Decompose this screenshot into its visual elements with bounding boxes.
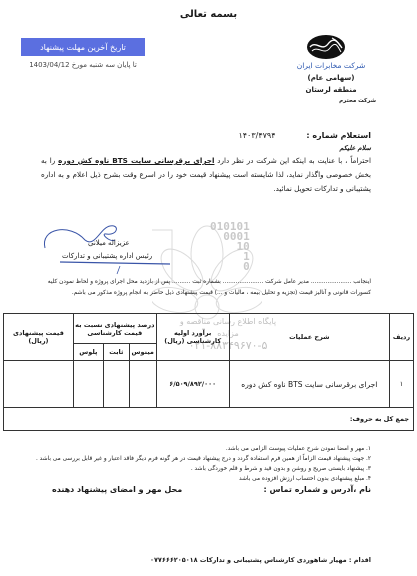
name-address-field: نام ،آدرس و شماره تماس :	[264, 485, 371, 494]
header-row-no: ردیف	[390, 314, 414, 361]
cell-fixed[interactable]	[103, 361, 129, 408]
greeting: سلام علیکم	[339, 144, 371, 152]
header-description: شرح عملیات	[229, 314, 389, 361]
cell-description: اجرای برقرسانی سایت BTS ناوه کش دوره	[229, 361, 389, 408]
cell-minus[interactable]	[129, 361, 156, 408]
cell-plus[interactable]	[73, 361, 103, 408]
declaration-line-1: اینجانب ...................... مدیر عامل…	[26, 279, 371, 285]
note-item: ۴. مبلغ پیشنهادی بدون احتساب ارزش افزوده…	[31, 474, 371, 484]
deadline-button[interactable]: تاریخ آخرین مهلت پیشنهاد	[21, 38, 145, 56]
operations-table: ردیف شرح عملیات برآورد اولیه کارشناسی (ر…	[3, 313, 414, 431]
letter-body-intro: احتراماً ، با عنایت به اینکه این شرکت در…	[214, 156, 371, 165]
inquiry-label: استعلام شماره :	[306, 131, 371, 140]
table-row: ۱ اجرای برقرسانی سایت BTS ناوه کش دوره ۶…	[4, 361, 414, 408]
company-region: منطقه لرستان	[296, 86, 366, 94]
watermark-digit-line: 0	[210, 262, 250, 272]
header-percent-group: درصد پیشنهادی نسبت به قیمت کارشناسی	[73, 314, 156, 344]
cell-offer-price[interactable]	[4, 361, 74, 408]
note-item: ۲. جهت پیشنهاد قیمت الزاماً از همین فرم …	[31, 454, 371, 464]
recipient-salutation: شرکت محترم	[300, 98, 376, 104]
letter-body: احتراماً ، با عنایت به اینکه این شرکت در…	[41, 154, 371, 196]
signatory-title: رئیس اداره پشتیبانی و تدارکات	[62, 252, 152, 260]
cell-row-no: ۱	[390, 361, 414, 408]
action-officer: اقدام : مهیار شاهوردی کارشناس پشتیبانی و…	[150, 556, 371, 564]
company-logo-icon	[306, 34, 346, 60]
header-fixed: ثابت	[103, 344, 129, 361]
signature-scribble-icon	[40, 218, 180, 278]
company-type: (سهامی عام)	[296, 74, 366, 82]
header-minus: مینوس	[129, 344, 156, 361]
inquiry-line: استعلام شماره : ۱۴۰۳/۴۷۹۴	[238, 131, 371, 140]
bismillah-heading: بسمه تعالی	[0, 9, 417, 20]
company-name: شرکت مخابرات ایران	[296, 61, 366, 70]
notes-list: ۱. مهر و امضا نمودن شرح عملیات پیوست الز…	[31, 444, 371, 484]
watermark-digits: 010101 0001 10 1 0	[210, 222, 250, 272]
inquiry-number: ۱۴۰۳/۴۷۹۴	[238, 131, 275, 140]
header-offer-price: قیمت پیشنهادی (ریال)	[4, 314, 74, 361]
declaration-line-2: کسورات قانونی و آنالیز قیمت (تجزیه و تحل…	[26, 290, 371, 296]
cell-estimate: ۶/۵۰۹/۸۹۲/۰۰۰	[156, 361, 229, 408]
note-item: ۳. پیشنهاد بایستی صریح و روشن و بدون قید…	[31, 464, 371, 474]
note-item: ۱. مهر و امضا نمودن شرح عملیات پیوست الز…	[31, 444, 371, 454]
project-title: اجرای برقرسانی سایت BTS ناوه کش دوره	[58, 156, 214, 165]
deadline-text: تا پایان سه شنبه مورخ 1403/04/12	[21, 61, 145, 69]
seal-signature-field: محل مهر و امضای پیشنهاد دهنده	[52, 485, 182, 494]
header-estimate: برآورد اولیه کارشناسی (ریال)	[156, 314, 229, 361]
header-plus: پلوس	[73, 344, 103, 361]
total-in-words: جمع کل به حروف:	[4, 408, 414, 431]
signatory-name: عزیزاله میلانی	[88, 239, 130, 247]
